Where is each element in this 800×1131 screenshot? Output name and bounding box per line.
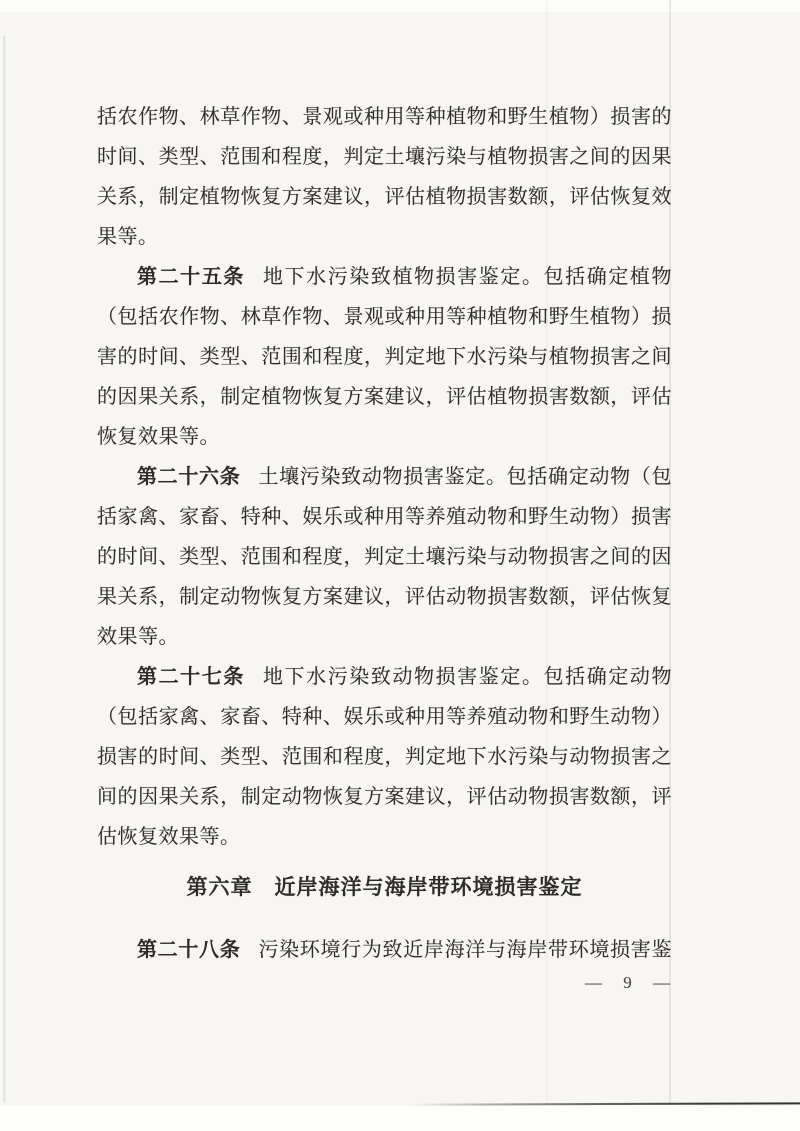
article-number: 第二十六条 xyxy=(137,466,240,488)
text-line: 第二十五条地下水污染致植物损害鉴定。包括确定植物 xyxy=(97,257,672,297)
text-line: 的时间、类型、范围和程度，判定土壤污染与动物损害之间的因 xyxy=(97,537,672,577)
text-line: （包括农作物、林草作物、景观或种用等种植物和野生植物）损 xyxy=(97,297,672,337)
text-line: 括农作物、林草作物、景观或种用等种植物和野生植物）损害的 xyxy=(97,97,672,137)
text-line: 损害的时间、类型、范围和程度，判定地下水污染与动物损害之 xyxy=(97,737,672,777)
text-line: 果等。 xyxy=(97,217,672,257)
text-line: 第二十七条地下水污染致动物损害鉴定。包括确定动物 xyxy=(97,657,672,697)
page-number: — 9 — xyxy=(585,973,674,993)
scanned-page: 括农作物、林草作物、景观或种用等种植物和野生植物）损害的时间、类型、范围和程度，… xyxy=(0,0,800,1131)
article-number: 第二十八条 xyxy=(137,939,240,961)
article-text: 污染环境行为致近岸海洋与海岸带环境损害鉴 xyxy=(258,939,672,961)
text-line: 第二十六条土壤污染致动物损害鉴定。包括确定动物（包 xyxy=(97,457,672,497)
text-line: 害的时间、类型、范围和程度，判定地下水污染与植物损害之间 xyxy=(97,337,672,377)
article-text: 地下水污染致植物损害鉴定。包括确定植物 xyxy=(263,266,672,288)
scan-top-band xyxy=(0,0,800,12)
article-number: 第二十五条 xyxy=(137,266,245,288)
article-text: 地下水污染致动物损害鉴定。包括确定动物 xyxy=(263,666,672,688)
text-line: 效果等。 xyxy=(97,617,672,657)
text-line: （包括家禽、家畜、特种、娱乐或种用等养殖动物和野生动物） xyxy=(97,697,672,737)
text-line: 第二十八条污染环境行为致近岸海洋与海岸带环境损害鉴 xyxy=(97,930,672,970)
text-line: 括家禽、家畜、特种、娱乐或种用等养殖动物和野生动物）损害 xyxy=(97,497,672,537)
text-line: 估恢复效果等。 xyxy=(97,817,672,857)
text-line: 间的因果关系，制定动物恢复方案建议，评估动物损害数额，评 xyxy=(97,777,672,817)
document-text: 括农作物、林草作物、景观或种用等种植物和野生植物）损害的时间、类型、范围和程度，… xyxy=(97,97,672,970)
article-text: 土壤污染致动物损害鉴定。包括确定动物（包 xyxy=(258,466,672,488)
chapter-heading: 第六章 近岸海洋与海岸带环境损害鉴定 xyxy=(97,867,672,907)
text-line: 恢复效果等。 xyxy=(97,417,672,457)
text-line: 的因果关系，制定植物恢复方案建议，评估植物损害数额，评估 xyxy=(97,377,672,417)
text-line: 时间、类型、范围和程度，判定土壤污染与植物损害之间的因果 xyxy=(97,137,672,177)
article-number: 第二十七条 xyxy=(137,666,245,688)
scan-bottom-band xyxy=(0,1106,800,1131)
text-line: 关系，制定植物恢复方案建议，评估植物损害数额，评估恢复效 xyxy=(97,177,672,217)
text-line: 果关系，制定动物恢复方案建议，评估动物损害数额，评估恢复 xyxy=(97,577,672,617)
scan-left-edge xyxy=(2,36,6,1102)
